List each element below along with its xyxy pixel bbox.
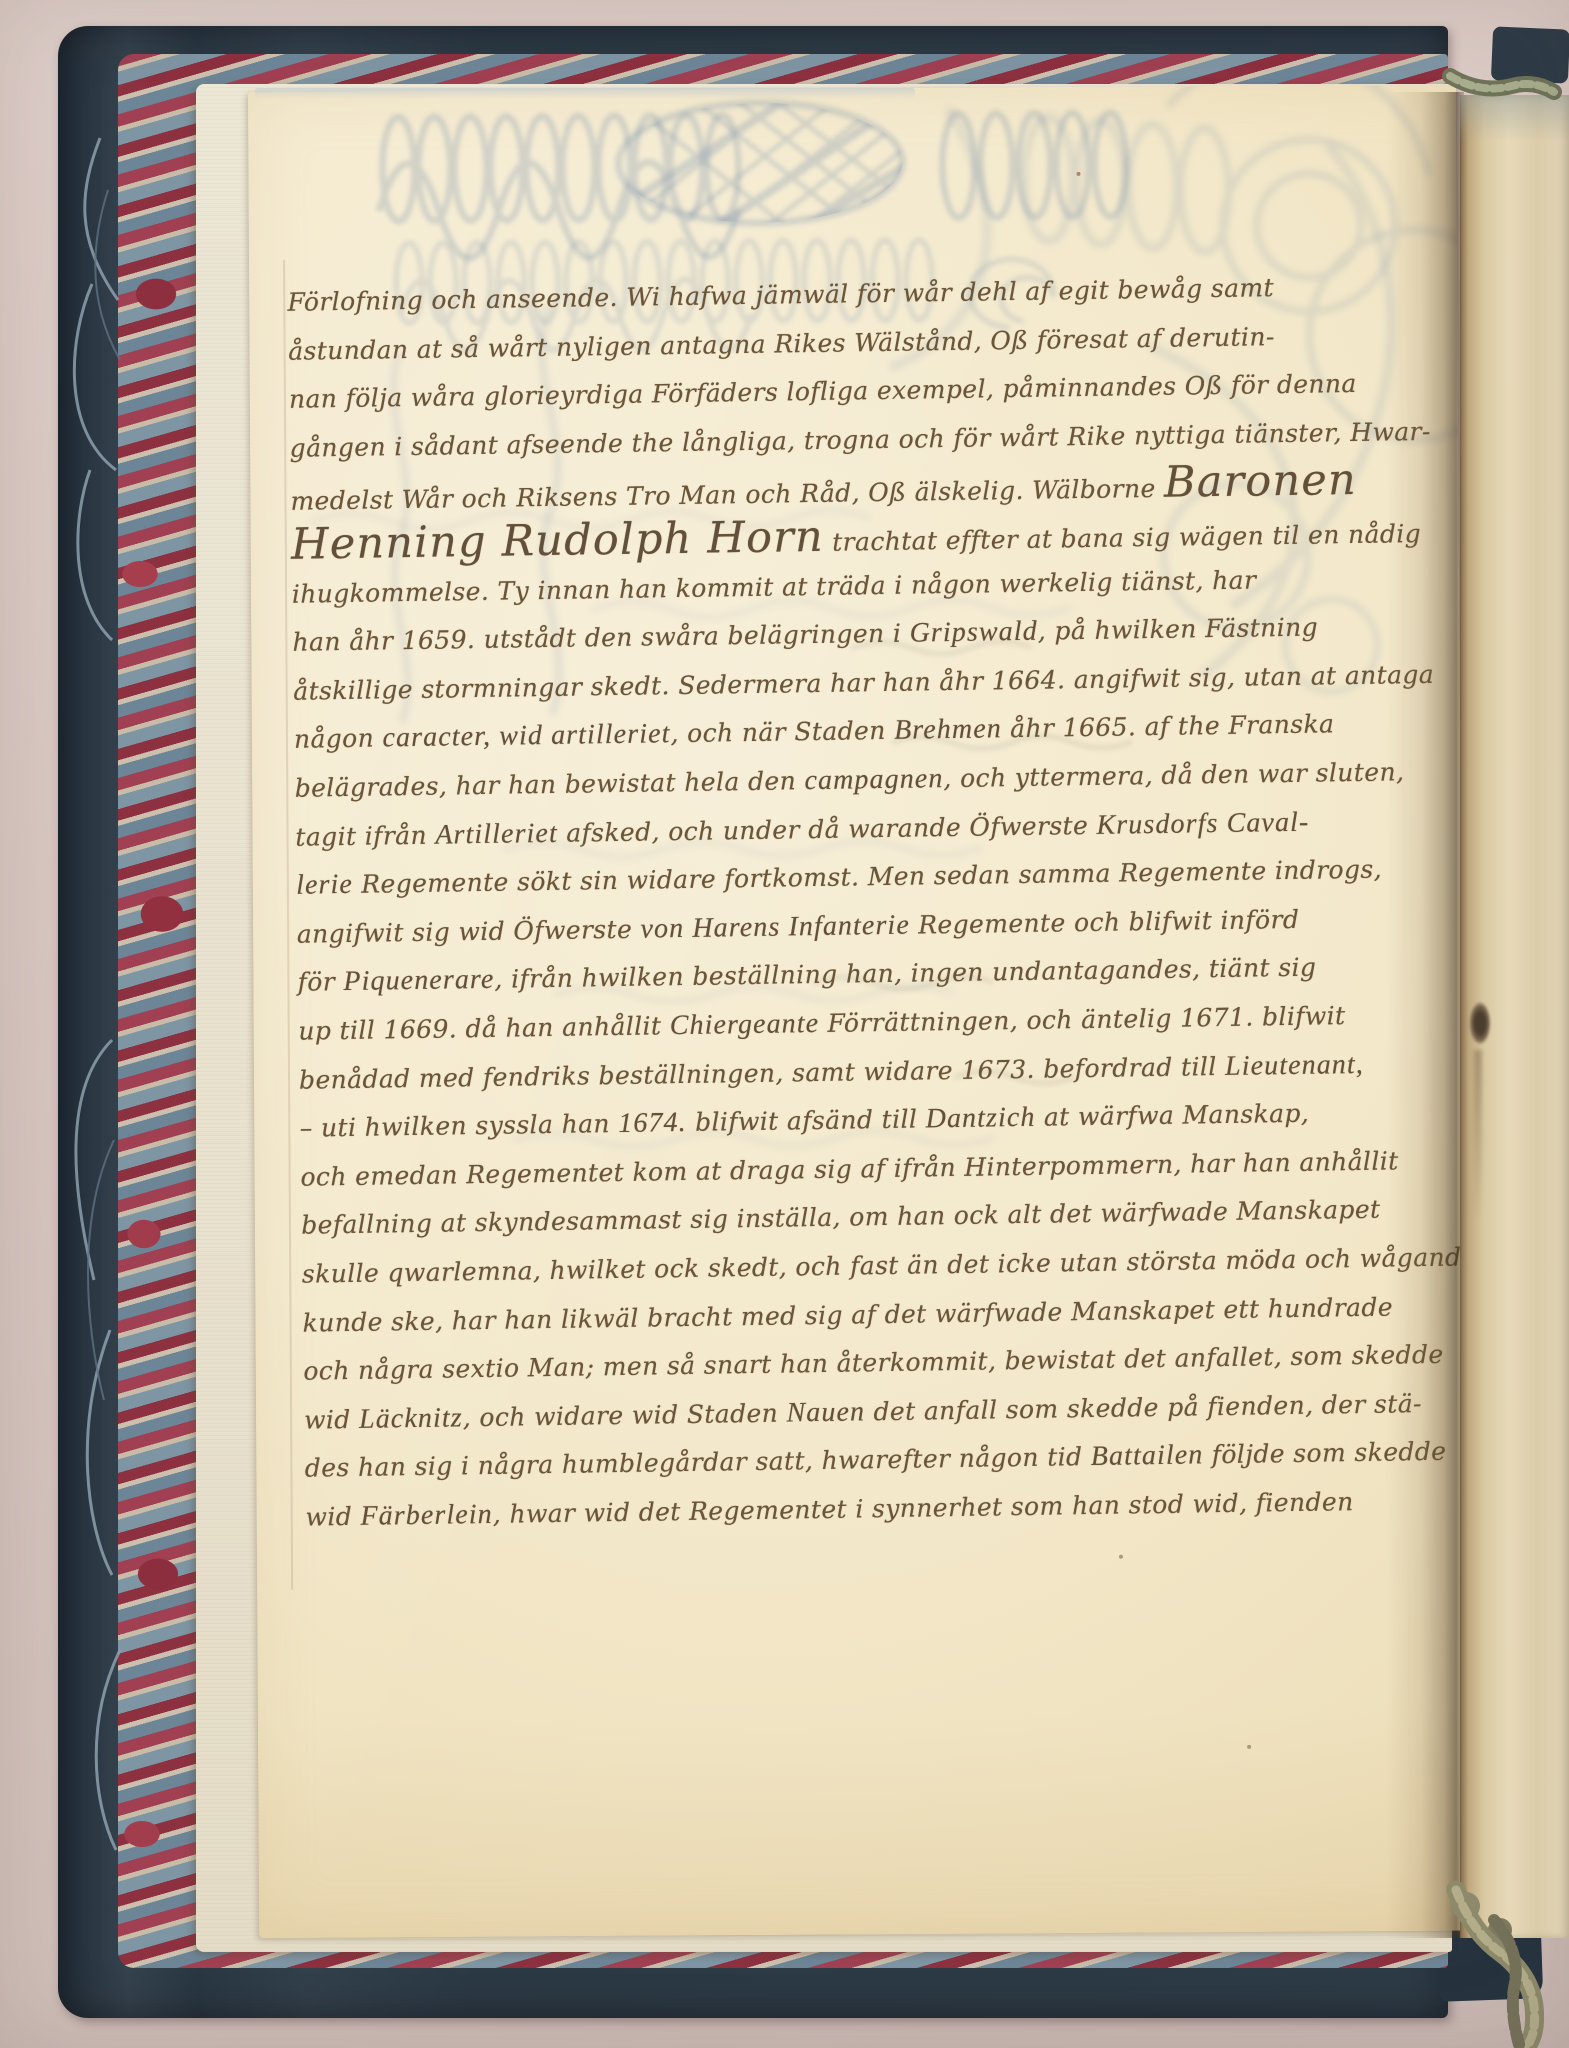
text-segment: tagit ifrån	[295, 820, 435, 851]
text-segment: campagnen	[804, 763, 943, 796]
text-segment: och några sextio Man; men så snart han å…	[303, 1340, 1444, 1386]
text-segment: och emedan Regementet kom at draga sig a…	[300, 1146, 1399, 1191]
manuscript-page: Förlofning och anseende. Wi hafwa jämwäl…	[248, 85, 1467, 1938]
text-segment: wid	[304, 1405, 359, 1435]
text-segment: Förlofning och anseende. Wi hafwa jämwäl…	[287, 273, 1274, 317]
manuscript-photo: Förlofning och anseende. Wi hafwa jämwäl…	[0, 0, 1569, 2048]
text-segment: det anfall som skedde på fienden, der st…	[865, 1389, 1422, 1426]
text-segment: trachtat effter at bana sig wägen til en…	[824, 519, 1422, 557]
text-segment: han åhr 1659. utstådt den swåra belägrin…	[292, 619, 909, 657]
text-segment: Färberlein	[360, 1499, 493, 1532]
text-segment: at wärfwa Manskap,	[1035, 1099, 1309, 1132]
text-segment: Baronen	[1164, 455, 1358, 508]
wormhole-damage	[1466, 998, 1494, 1054]
text-segment: följde som skedde	[1203, 1437, 1446, 1470]
text-segment: skulle qwarlemna, hwilket ock skedt, och…	[302, 1242, 1477, 1288]
text-segment: , och när Staden	[670, 716, 894, 748]
text-segment: belägrades, har han bewistat hela den	[294, 766, 804, 803]
text-segment: åstundan at så wårt nyligen antagna Rike…	[288, 322, 1275, 366]
page-top-edge-sliver	[255, 88, 915, 99]
text-segment: – uti hwilken syssla han	[300, 1109, 619, 1143]
text-segment: wid	[305, 1502, 360, 1532]
text-layer: Förlofning och anseende. Wi hafwa jämwäl…	[248, 85, 1467, 1938]
text-segment: Regemente sökt sin widare fortkomst. Men…	[353, 855, 1382, 899]
text-segment: Brehmen	[894, 714, 1002, 747]
text-segment: Chiergeante	[669, 1008, 819, 1041]
text-segment: Piquenerare	[343, 964, 494, 997]
text-segment: , på hwilken Fästning	[1038, 613, 1319, 646]
text-segment: Läcknitz	[359, 1402, 463, 1435]
text-segment: des han sig i några humblegårdar satt, h…	[305, 1442, 1091, 1483]
text-segment: benådad med fendriks beställningen, samt…	[299, 1052, 1225, 1095]
text-segment: åtskillige stormningar skedt. Sedermera …	[293, 660, 1434, 706]
text-segment: , ifrån hwilken beställning han, ingen u…	[494, 953, 1316, 994]
text-segment: Krusdorfs Caval-	[1096, 806, 1309, 840]
text-segment: åhr 1665. af the Franska	[1002, 710, 1335, 744]
text-segment: up till 1669. då han anhållit	[298, 1011, 670, 1046]
gutter-stain	[1474, 1050, 1482, 1220]
text-segment: afsked, och under då warande Öfwerste	[558, 810, 1097, 847]
text-segment: Henning Rudolph Horn	[291, 512, 824, 570]
text-segment: nan följa wåra glorieyrdiga Förfäders lo…	[289, 369, 1357, 414]
text-segment: angifwit sig wid Öfwerste	[297, 914, 641, 948]
text-segment: befallning at skyndesammast sig inställa…	[301, 1195, 1381, 1240]
text-segment: kunde ske, har han likwäl bracht med sig…	[302, 1292, 1393, 1337]
text-segment: Regemente och blifwit införd	[910, 905, 1300, 940]
text-segment: ihugkommelse. Ty innan han kommit at trä…	[292, 565, 1257, 608]
text-segment: caracter, wid artilleriet	[382, 719, 670, 754]
text-segment: gången i sådant afseende the långliga, t…	[289, 417, 1431, 463]
text-segment: Nauen	[786, 1396, 865, 1428]
text-segment: Gripswald	[909, 616, 1038, 649]
text-segment: 1674.	[618, 1107, 687, 1139]
text-segment: von Harens Infanterie	[640, 909, 910, 944]
text-segment: lerie	[296, 869, 353, 901]
text-segment: någon	[294, 724, 383, 754]
book-cover-corner-top-right	[1491, 26, 1569, 83]
text-segment: Förrättningen, och äntelig 1671. blifwit	[819, 1001, 1346, 1038]
text-segment: Dantzich	[925, 1102, 1035, 1135]
text-segment: för	[297, 967, 343, 997]
text-segment: , hwar wid det Regementet i synnerhet so…	[493, 1487, 1354, 1529]
text-segment: Lieutenant,	[1225, 1048, 1364, 1081]
text-segment: blifwit afsänd till	[687, 1105, 926, 1138]
text-segment: Artilleriet	[435, 817, 558, 850]
text-segment: , och yttermera, då den war sluten,	[943, 757, 1404, 793]
text-segment: , och widare wid Staden	[462, 1398, 786, 1432]
text-segment: Battailen	[1091, 1440, 1204, 1473]
